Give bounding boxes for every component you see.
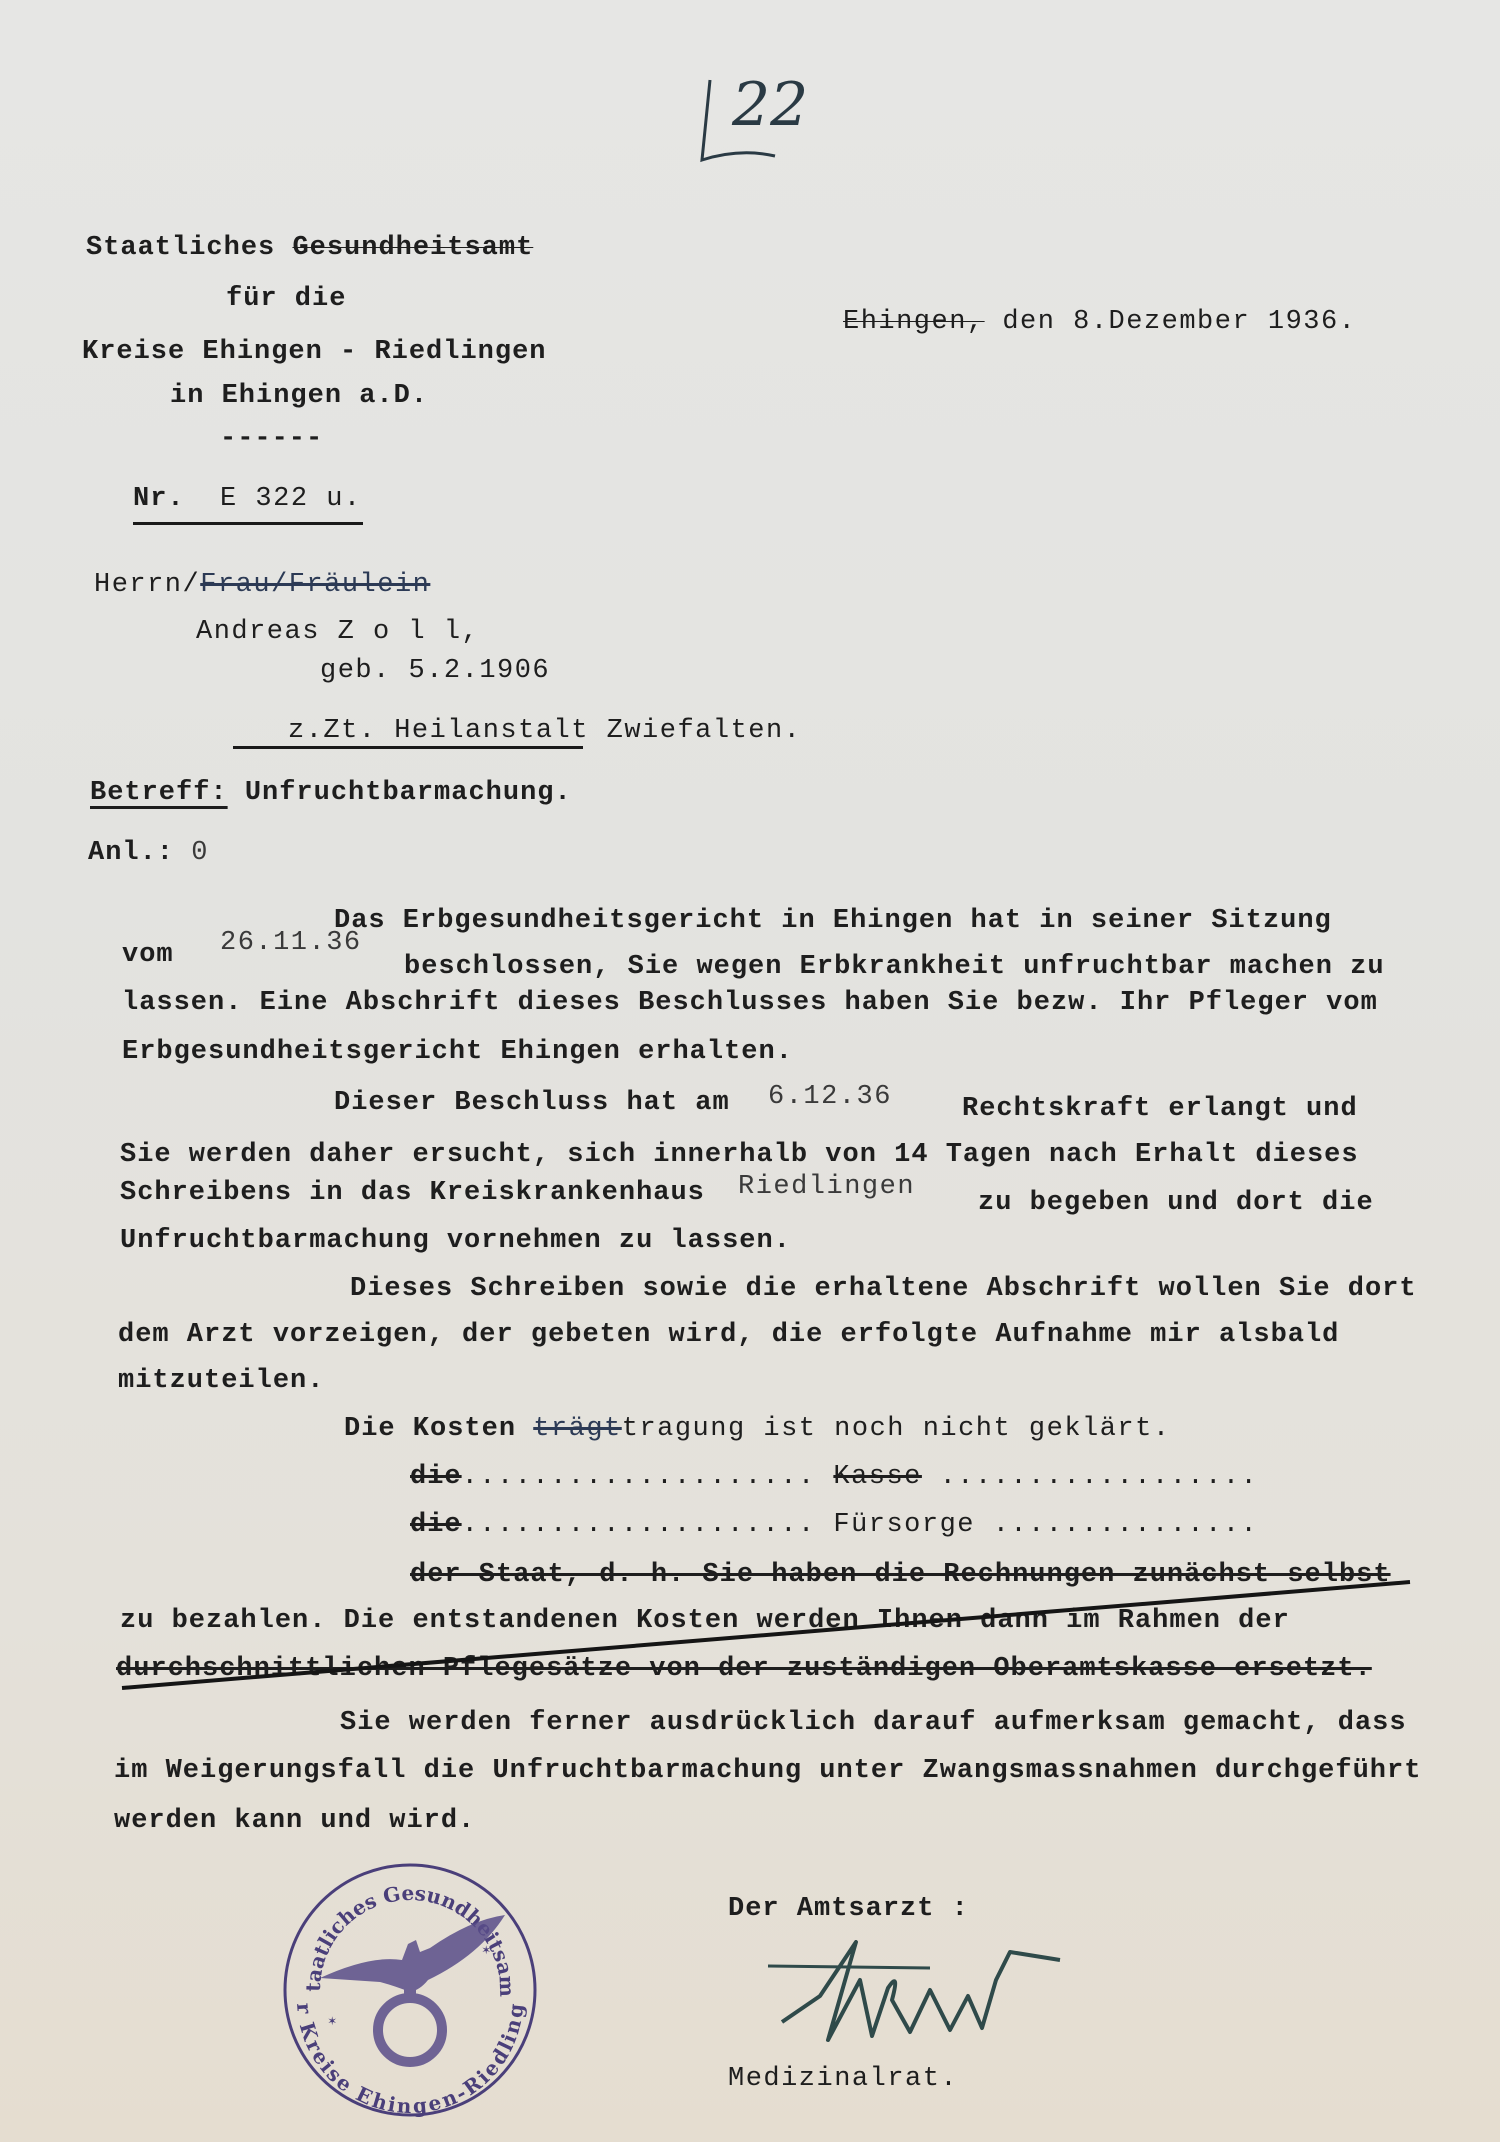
folio-number: 22 xyxy=(732,70,808,140)
stamp-star-left-icon: ✶ xyxy=(328,2014,337,2030)
letter-date: 8.Dezember 1936. xyxy=(1073,307,1356,337)
costs-reimbursement-struck: durchschnittlichen Pflegesätze von der z… xyxy=(116,1654,1372,1684)
document-page: 22 Staatliches Gesundheitsamt für die Kr… xyxy=(0,0,1500,2142)
stamp-star-right-icon: ✶ xyxy=(482,1943,491,1959)
salutation: Herrn/Frau/Fräulein xyxy=(94,570,430,600)
p2-line-1-prefix: Dieser Beschluss hat am xyxy=(334,1088,730,1118)
costs-option-1: die.................... Kasse ..........… xyxy=(410,1462,1258,1492)
recipient-address: z.Zt. Heilanstalt Zwiefalten. xyxy=(288,716,801,746)
costs-option-2-payer: Fürsorge xyxy=(833,1510,975,1540)
place: Ehingen, xyxy=(843,307,985,337)
p1-line-2-prefix: vom xyxy=(122,940,174,970)
letterhead-line-3: Kreise Ehingen - Riedlingen xyxy=(82,337,546,367)
address-place: Zwiefalten. xyxy=(589,716,801,746)
handwritten-signature xyxy=(760,1940,1080,2050)
date-prefix: den xyxy=(985,307,1074,337)
p1-line-3: lassen. Eine Abschrift dieses Beschlusse… xyxy=(122,988,1378,1018)
costs-option-2-dots: .................... xyxy=(462,1510,816,1540)
p4-line-2: im Weigerungsfall die Unfruchtbarmachung… xyxy=(114,1756,1421,1786)
costs-line-1: Die Kosten trägttragung ist noch nicht g… xyxy=(344,1414,1171,1444)
p2-line-4: Unfruchtbarmachung vornehmen zu lassen. xyxy=(120,1226,791,1256)
salutation-selected: Herrn/ xyxy=(94,570,200,600)
costs-option-2-article: die xyxy=(410,1510,462,1540)
p3-line-3: mitzuteilen. xyxy=(118,1366,324,1396)
letterhead-line-1: Staatliches Gesundheitsamt xyxy=(86,233,533,263)
costs-struck-word: trägt xyxy=(533,1414,622,1444)
letterhead-divider: ------ xyxy=(220,424,323,454)
p1-line-2-rest: beschlossen, Sie wegen Erbkrankheit unfr… xyxy=(404,952,1385,982)
reference-underline xyxy=(133,522,363,525)
costs-option-1-dots-2: .................. xyxy=(940,1462,1259,1492)
p3-line-1: Dieses Schreiben sowie die erhaltene Abs… xyxy=(350,1274,1417,1304)
folio-mark: 22 xyxy=(690,70,830,180)
costs-prefix: Die Kosten xyxy=(344,1414,533,1444)
p1-session-date: 26.11.36 xyxy=(220,928,362,958)
place-date: Ehingen, den 8.Dezember 1936. xyxy=(843,307,1356,337)
costs-payment-line: zu bezahlen. Die entstandenen Kosten wer… xyxy=(120,1606,1290,1636)
reference-label: Nr. xyxy=(133,484,185,514)
recipient-name: Andreas Z o l l, xyxy=(196,617,479,647)
costs-option-1-article: die xyxy=(410,1462,462,1492)
subject-line: Betreff: Unfruchtbarmachung. xyxy=(90,778,572,808)
p2-legal-effect-date: 6.12.36 xyxy=(768,1082,892,1112)
p2-line-3-rest: zu begeben und dort die xyxy=(978,1188,1374,1218)
subject-label: Betreff: xyxy=(90,778,228,808)
attachments-value: 0 xyxy=(191,838,208,868)
signatory-rank: Medizinalrat. xyxy=(728,2064,958,2094)
attachments-label: Anl.: xyxy=(88,838,174,868)
p2-line-2: Sie werden daher ersucht, sich innerhalb… xyxy=(120,1140,1359,1170)
eagle-emblem-icon xyxy=(320,1915,505,2062)
letterhead-agency: Staatliches xyxy=(86,233,292,263)
costs-option-2-dots-2: ............... xyxy=(993,1510,1259,1540)
p4-line-1: Sie werden ferner ausdrücklich darauf au… xyxy=(340,1708,1407,1738)
recipient-birthdate: geb. 5.2.1906 xyxy=(320,656,550,686)
p2-line-1-rest: Rechtskraft erlangt und xyxy=(962,1094,1358,1124)
p3-line-2: dem Arzt vorzeigen, der gebeten wird, di… xyxy=(118,1320,1339,1350)
p2-hospital-place: Riedlingen xyxy=(738,1172,915,1202)
reference-number: Nr. E 322 u. xyxy=(133,484,362,514)
letterhead-line-4: in Ehingen a.D. xyxy=(170,381,428,411)
costs-rest: tragung ist noch nicht geklärt. xyxy=(622,1414,1171,1444)
official-stamp: Staatliches Gesundheitsamt der Kreise Eh… xyxy=(280,1860,540,2120)
p4-line-3: werden kann und wird. xyxy=(114,1806,475,1836)
costs-option-1-dots: .................... xyxy=(462,1462,816,1492)
p1-line-1: Das Erbgesundheitsgericht in Ehingen hat… xyxy=(334,906,1332,936)
letterhead-office-overtyped: Gesundheitsamt xyxy=(292,233,533,263)
letterhead-line-2: für die xyxy=(226,284,346,314)
costs-option-1-payer: Kasse xyxy=(833,1462,922,1492)
costs-option-3-struck: der Staat, d. h. Sie haben die Rechnunge… xyxy=(410,1560,1391,1590)
address-underline xyxy=(233,746,583,749)
attachments-line: Anl.: 0 xyxy=(88,838,208,868)
reference-value: E 322 u. xyxy=(220,484,362,514)
costs-option-2: die.................... Fürsorge .......… xyxy=(410,1510,1258,1540)
subject-value: Unfruchtbarmachung. xyxy=(228,778,572,808)
p1-line-4: Erbgesundheitsgericht Ehingen erhalten. xyxy=(122,1037,793,1067)
salutation-struck: Frau/Fräulein xyxy=(200,570,430,600)
p2-line-3-prefix: Schreibens in das Kreiskrankenhaus xyxy=(120,1178,705,1208)
signatory-title: Der Amtsarzt : xyxy=(728,1894,969,1924)
address-institution-type: z.Zt. Heilanstalt xyxy=(288,716,589,746)
